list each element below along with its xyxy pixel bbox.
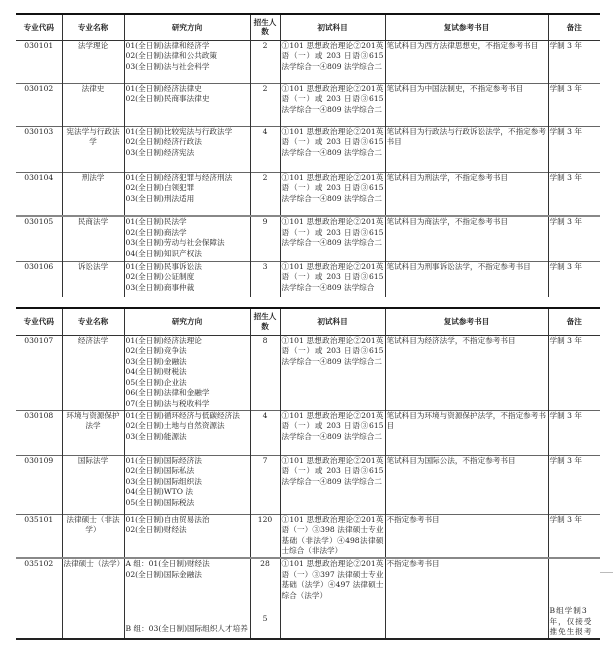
program-name: 法律史 — [62, 83, 124, 126]
note: 学制 3 年 — [548, 514, 600, 558]
program-code: 030102 — [16, 83, 62, 126]
admissions-table-1: 专业代码 专业名称 研究方向 招生人数 初试科目 复试参考书目 备注 03010… — [16, 13, 600, 297]
note: 学制 3 年 — [548, 40, 600, 83]
header-retest: 复试参考书目 — [385, 14, 548, 40]
note: 学制 3 年 — [548, 172, 600, 216]
header-exam: 初试科目 — [280, 14, 385, 40]
enrollment-quota: 2 — [250, 83, 280, 126]
enrollment-quota: 2 — [250, 172, 280, 216]
quota-group-a: 28 — [252, 559, 279, 570]
program-name: 宪法学与行政法学 — [62, 126, 124, 172]
table-header-row: 专业代码 专业名称 研究方向 招生人数 初试科目 复试参考书目 备注 — [16, 14, 600, 40]
admissions-table-2: 专业代码 专业名称 研究方向 招生人数 初试科目 复试参考书目 备注 03010… — [16, 307, 600, 640]
note-group-b: B组学制3年，仅接受推免生报考 — [550, 606, 593, 636]
research-directions: 01(全日制)循环经济与低碳经济法02(全日制)土地与自然资源法03(全日制)能… — [124, 410, 250, 455]
header-exam: 初试科目 — [280, 308, 385, 335]
direction-item: 04(全日制)财税法 — [126, 367, 249, 378]
program-name: 国际法学 — [62, 455, 124, 514]
direction-item: 03(全日制)刑法适用 — [126, 194, 249, 205]
enrollment-quota: 4 — [250, 126, 280, 172]
direction-item: 03(全日制)能源法 — [126, 432, 249, 443]
direction-item: 01(全日制)自由贸易法治 — [126, 515, 249, 526]
direction-item: 04(全日制)知识产权法 — [126, 249, 249, 260]
table-header-row: 专业代码 专业名称 研究方向 招生人数 初试科目 复试参考书目 备注 — [16, 308, 600, 335]
program-code: 030103 — [16, 126, 62, 172]
direction-item: 05(全日制)企业法 — [126, 378, 249, 389]
note: 学制 3 年 — [548, 410, 600, 455]
direction-item: 02(全日制)白领犯罪 — [126, 183, 249, 194]
table-row: 030105民商法学01(全日制)民法学02(全日制)商法学03(全日制)劳动与… — [16, 216, 600, 261]
exam-subjects: ①101 思想政治理论②201英语（一）或 203 日语③615法学综合一④80… — [280, 126, 385, 172]
research-directions: 01(全日制)民事诉讼法02(全日制)公证制度03(全日制)商事仲裁 — [124, 261, 250, 297]
note: 学制 3 年 — [548, 455, 600, 514]
note: 学制 3 年 — [548, 216, 600, 261]
program-code: 030104 — [16, 172, 62, 216]
retest-books: 笔试科目为商法学，不指定参考书目 — [385, 216, 548, 261]
direction-item: 01(全日制)经济法律史 — [126, 84, 249, 95]
exam-subjects: ①101 思想政治理论②201英语（一）或 203 日语③615法学综合一④80… — [280, 261, 385, 297]
header-direction: 研究方向 — [124, 308, 250, 335]
header-code: 专业代码 — [16, 308, 62, 335]
table-row: 030109国际法学01(全日制)国际经济法02(全日制)国际私法03(全日制)… — [16, 455, 600, 514]
direction-item: 01(全日制)循环经济与低碳经济法 — [126, 411, 249, 422]
header-name: 专业名称 — [62, 308, 124, 335]
retest-books: 笔试科目为西方法律思想史，不指定参考书目 — [385, 40, 548, 83]
research-directions: 01(全日制)比较宪法与行政法学02(全日制)经济行政法03(全日制)经济宪法 — [124, 126, 250, 172]
table-row: 030101法学理论01(全日制)法律和经济学02(全日制)法律和公共政策03(… — [16, 40, 600, 83]
retest-books: 笔试科目为经济法学，不指定参考书目 — [385, 335, 548, 410]
retest-books: 笔试科目为中国法制史，不指定参考书目 — [385, 83, 548, 126]
direction-item: 03(全日制)商事仲裁 — [126, 283, 249, 294]
research-directions: 01(全日制)民法学02(全日制)商法学03(全日制)劳动与社会保障法04(全日… — [124, 216, 250, 261]
enrollment-quota: 9 — [250, 216, 280, 261]
exam-subjects: ①101 思想政治理论②201英语（一）③398 法律硕士专业基础（非法学）④4… — [280, 514, 385, 558]
exam-subjects: ①101 思想政治理论②201英语（一）或 203 日语③615法学综合一④80… — [280, 335, 385, 410]
direction-item: 02(全日制)商法学 — [126, 228, 249, 239]
direction-item-group-b: B 组：03(全日制)国际组织人才培养 — [126, 624, 249, 635]
enrollment-quota: 120 — [250, 514, 280, 558]
research-directions: 01(全日制)自由贸易法治02(全日制)财经法 — [124, 514, 250, 558]
direction-item: 04(全日制)WTO 法 — [126, 487, 249, 498]
direction-item: 01(全日制)经济犯罪与经济刑法 — [126, 173, 249, 184]
retest-books: 笔试科目为国际公法，不指定参考书目 — [385, 455, 548, 514]
direction-item: 02(全日制)民商事法律史 — [126, 94, 249, 105]
research-directions: A 组：01(全日制)财经法02(全日制)国际金融法B 组：03(全日制)国际组… — [124, 558, 250, 639]
exam-subjects: ①101 思想政治理论②201英语（一）或 203 日语③615法学综合一④80… — [280, 40, 385, 83]
program-code: 030105 — [16, 216, 62, 261]
table-row: 030104刑法学01(全日制)经济犯罪与经济刑法02(全日制)白领犯罪03(全… — [16, 172, 600, 216]
header-quota: 招生人数 — [250, 14, 280, 40]
retest-books: 不指定参考书目 — [385, 558, 548, 639]
note: 学制 3 年 — [548, 126, 600, 172]
direction-item: 07(全日制)法与税收科学 — [126, 399, 249, 410]
retest-books: 不指定参考书目 — [385, 514, 548, 558]
direction-item: 02(全日制)经济行政法 — [126, 137, 249, 148]
enrollment-quota: 4 — [250, 410, 280, 455]
enrollment-quota: 285 — [250, 558, 280, 639]
program-name: 诉讼法学 — [62, 261, 124, 297]
table-row: 030107经济法学01(全日制)经济法理论02(全日制)竞争法03(全日制)金… — [16, 335, 600, 410]
research-directions: 01(全日制)经济法律史02(全日制)民商事法律史 — [124, 83, 250, 126]
direction-item: 01(全日制)民法学 — [126, 217, 249, 228]
header-retest: 复试参考书目 — [385, 308, 548, 335]
program-code: 035101 — [16, 514, 62, 558]
table-row: 030102法律史01(全日制)经济法律史02(全日制)民商事法律史2①101 … — [16, 83, 600, 126]
enrollment-quota: 2 — [250, 40, 280, 83]
direction-item: 02(全日制)法律和公共政策 — [126, 51, 249, 62]
table-row: 030108环境与资源保护法学01(全日制)循环经济与低碳经济法02(全日制)土… — [16, 410, 600, 455]
program-code: 035102 — [16, 558, 62, 639]
note: 学制 3 年 — [548, 83, 600, 126]
enrollment-quota: 8 — [250, 335, 280, 410]
retest-books: 笔试科目为刑事诉讼法学，不指定参考书目 — [385, 261, 548, 297]
research-directions: 01(全日制)国际经济法02(全日制)国际私法03(全日制)国际组织法04(全日… — [124, 455, 250, 514]
program-name: 法律硕士（非法学） — [62, 514, 124, 558]
direction-item: 01(全日制)法律和经济学 — [126, 41, 249, 52]
header-note: 备注 — [548, 14, 600, 40]
direction-item: 03(全日制)劳动与社会保障法 — [126, 238, 249, 249]
direction-item: 03(全日制)国际组织法 — [126, 477, 249, 488]
exam-subjects: ①101 思想政治理论②201英语（一）或 203 日语③615法学综合一④80… — [280, 83, 385, 126]
program-name: 环境与资源保护法学 — [62, 410, 124, 455]
program-code: 030101 — [16, 40, 62, 83]
note: 学制 3 年 — [548, 335, 600, 410]
note: 学制 3 年 — [548, 261, 600, 297]
direction-item: 01(全日制)经济法理论 — [126, 336, 249, 347]
program-name: 刑法学 — [62, 172, 124, 216]
direction-item: 03(全日制)经济宪法 — [126, 148, 249, 159]
direction-item: 01(全日制)民事诉讼法 — [126, 262, 249, 273]
table-1-viewport: 专业代码 专业名称 研究方向 招生人数 初试科目 复试参考书目 备注 03010… — [0, 0, 613, 297]
header-direction: 研究方向 — [124, 14, 250, 40]
direction-item: 02(全日制)财经法 — [126, 525, 249, 536]
header-quota: 招生人数 — [250, 308, 280, 335]
retest-books: 笔试科目为刑法学，不指定参考书目 — [385, 172, 548, 216]
direction-item: 02(全日制)竞争法 — [126, 346, 249, 357]
exam-subjects: ①101 思想政治理论②201英语（一）或 203 日语③615法学综合一④80… — [280, 172, 385, 216]
program-name: 法学理论 — [62, 40, 124, 83]
direction-item: 02(全日制)土地与自然资源法 — [126, 421, 249, 432]
direction-item: 03(全日制)法与社会科学 — [126, 62, 249, 73]
header-note: 备注 — [548, 308, 600, 335]
research-directions: 01(全日制)经济犯罪与经济刑法02(全日制)白领犯罪03(全日制)刑法适用 — [124, 172, 250, 216]
table-row: 030103宪法学与行政法学01(全日制)比较宪法与行政法学02(全日制)经济行… — [16, 126, 600, 172]
quota-group-b: 5 — [252, 614, 279, 625]
table-row: 035102法律硕士（法学）A 组：01(全日制)财经法02(全日制)国际金融法… — [16, 558, 600, 639]
header-code: 专业代码 — [16, 14, 62, 40]
direction-item: 01(全日制)比较宪法与行政法学 — [126, 127, 249, 138]
exam-subjects: ①101 思想政治理论②201英语（一）或 203 日语③615法学综合一④80… — [280, 216, 385, 261]
exam-subjects: ①101 思想政治理论②201英语（一）或 203 日语③615法学综合一④80… — [280, 455, 385, 514]
program-code: 030108 — [16, 410, 62, 455]
enrollment-quota: 3 — [250, 261, 280, 297]
program-name: 经济法学 — [62, 335, 124, 410]
program-name: 民商法学 — [62, 216, 124, 261]
direction-item: 05(全日制)国际税法 — [126, 498, 249, 509]
retest-books: 笔试科目为行政法与行政诉讼法学，不指定参考书目 — [385, 126, 548, 172]
direction-item: 02(全日制)国际金融法 — [126, 570, 249, 581]
note: B组学制3年，仅接受推免生报考 — [548, 558, 600, 639]
direction-item: A 组：01(全日制)财经法 — [126, 559, 249, 570]
table-row: 030106诉讼法学01(全日制)民事诉讼法02(全日制)公证制度03(全日制)… — [16, 261, 600, 297]
direction-item: 02(全日制)国际私法 — [126, 466, 249, 477]
direction-item: 06(全日制)法律和金融学 — [126, 388, 249, 399]
exam-subjects: ①101 思想政治理论②201英语（一）或 203 日语③615法学综合一④80… — [280, 410, 385, 455]
program-code: 030107 — [16, 335, 62, 410]
direction-item: 03(全日制)金融法 — [126, 357, 249, 368]
exam-subjects: ①101 思想政治理论②201英语（一）③397 法律硕士专业基础（法学）④49… — [280, 558, 385, 639]
program-code: 030106 — [16, 261, 62, 297]
table-row: 035101法律硕士（非法学）01(全日制)自由贸易法治02(全日制)财经法12… — [16, 514, 600, 558]
margin-mark — [600, 572, 613, 573]
direction-item: 02(全日制)公证制度 — [126, 272, 249, 283]
direction-item: 01(全日制)国际经济法 — [126, 456, 249, 467]
enrollment-quota: 7 — [250, 455, 280, 514]
program-name: 法律硕士（法学） — [62, 558, 124, 639]
program-code: 030109 — [16, 455, 62, 514]
retest-books: 笔试科目为环境与资源保护法学，不指定参考书目 — [385, 410, 548, 455]
research-directions: 01(全日制)法律和经济学02(全日制)法律和公共政策03(全日制)法与社会科学 — [124, 40, 250, 83]
header-name: 专业名称 — [62, 14, 124, 40]
research-directions: 01(全日制)经济法理论02(全日制)竞争法03(全日制)金融法04(全日制)财… — [124, 335, 250, 410]
